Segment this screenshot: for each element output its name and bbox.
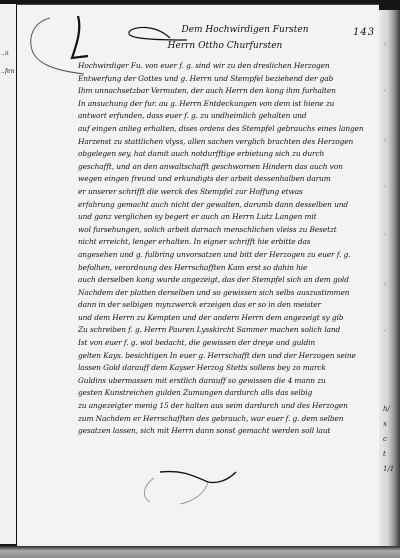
- text-line: In ansuchung der fur. au g. Herrn Entdec…: [78, 98, 376, 111]
- text-line: nicht erreicht, lenger erhalten. In eign…: [78, 236, 376, 249]
- text-line: und ganz verglichen sy begert er auch an…: [78, 211, 376, 224]
- text-line: Harzenst zu stattlichen vlyss, allen sac…: [78, 136, 376, 149]
- text-line: Entwerfung der Gottes und g. Herrn und S…: [78, 73, 376, 86]
- heading-line-1: Dem Hochwirdigen Fursten: [150, 22, 320, 38]
- margin-note: t: [383, 450, 397, 465]
- text-line: Nachdem der platten derselben und so gew…: [78, 287, 376, 300]
- margin-tick: ·: [384, 328, 392, 376]
- margin-note: x: [383, 420, 397, 435]
- margin-note: 1/1: [383, 465, 397, 480]
- left-page-strip: ..n ..fen: [0, 4, 18, 544]
- left-page-fragment: ..fen: [1, 68, 14, 75]
- heading-line-2: Herrn Ottho Churfursten: [150, 38, 320, 54]
- text-line: angesehen und g. fulbring unvorsatzen un…: [78, 249, 376, 262]
- manuscript-body: Hochwirdiger Fu. von euer f. g. sind wir…: [78, 60, 376, 438]
- margin-tick: :: [384, 136, 392, 184]
- right-margin-notes: h/ x c t 1/1: [383, 405, 397, 480]
- page-number: 143: [353, 27, 375, 38]
- margin-tick: ·: [384, 184, 392, 232]
- text-line: auf eingen anlieg erhalten, dises ordens…: [78, 123, 376, 136]
- text-line: antwort erfunden, dass euer f. g. zu und…: [78, 110, 376, 123]
- right-margin-ticks: : · : · · : ·: [384, 40, 392, 376]
- text-line: dann in der selbigen mynzwerck erzeigen …: [78, 299, 376, 312]
- text-line: wegen eingen freund und erkundigts der a…: [78, 173, 376, 186]
- margin-note: c: [383, 435, 397, 450]
- margin-tick: :: [384, 40, 392, 88]
- margin-note: h/: [383, 405, 397, 420]
- margin-tick: :: [384, 280, 392, 328]
- margin-tick: ·: [384, 88, 392, 136]
- margin-tick: ·: [384, 232, 392, 280]
- text-line: Zu schreiben f. g. Herrn Pauren Lysskirc…: [78, 324, 376, 337]
- text-line: geschafft, und an den anwaltschafft gesc…: [78, 161, 376, 174]
- text-line: gelten Kays. besichtigen In euer g. Herr…: [78, 350, 376, 363]
- text-line: auch derselben kong wurde angezeigt, das…: [78, 274, 376, 287]
- text-line: er unserer schrifft die werck des Stempf…: [78, 186, 376, 199]
- text-line: Ihm unnachsetzbar Vermuten, der auch Her…: [78, 85, 376, 98]
- text-line: zum Nachdem er Herrschafften des gebrauc…: [78, 413, 376, 426]
- binding-bottom-edge: [0, 546, 400, 558]
- text-line: gesatzen lassen, sich mit Herrn dann son…: [78, 425, 376, 438]
- address-heading: Dem Hochwirdigen Fursten Herrn Ottho Chu…: [150, 22, 320, 54]
- text-line: und dem Herrn zu Kempten und der andern …: [78, 312, 376, 325]
- text-line: obgelegen sey, hat damit auch notdurffti…: [78, 148, 376, 161]
- text-line: gesten Kunstreichen gulden Zumungen dard…: [78, 387, 376, 400]
- text-line: Ist von euer f. g. wol bedacht, die gewi…: [78, 337, 376, 350]
- text-line: wol fursehungen, solich arbeit darnach m…: [78, 224, 376, 237]
- closing-flourish-icon: [140, 470, 240, 530]
- text-line: erfahrung gemacht auch nicht der gewalte…: [78, 199, 376, 212]
- text-line: lassen Gold darauff dem Kayser Herzog St…: [78, 362, 376, 375]
- text-line: Guldins ubermassen mit erstlich darauff …: [78, 375, 376, 388]
- text-line: zu angezeigter menig 15 der halten aus s…: [78, 400, 376, 413]
- text-line: Hochwirdiger Fu. von euer f. g. sind wir…: [78, 60, 376, 73]
- left-page-fragment: ..n: [1, 50, 9, 57]
- text-line: befolhen, verordnung des Herrschafften K…: [78, 262, 376, 275]
